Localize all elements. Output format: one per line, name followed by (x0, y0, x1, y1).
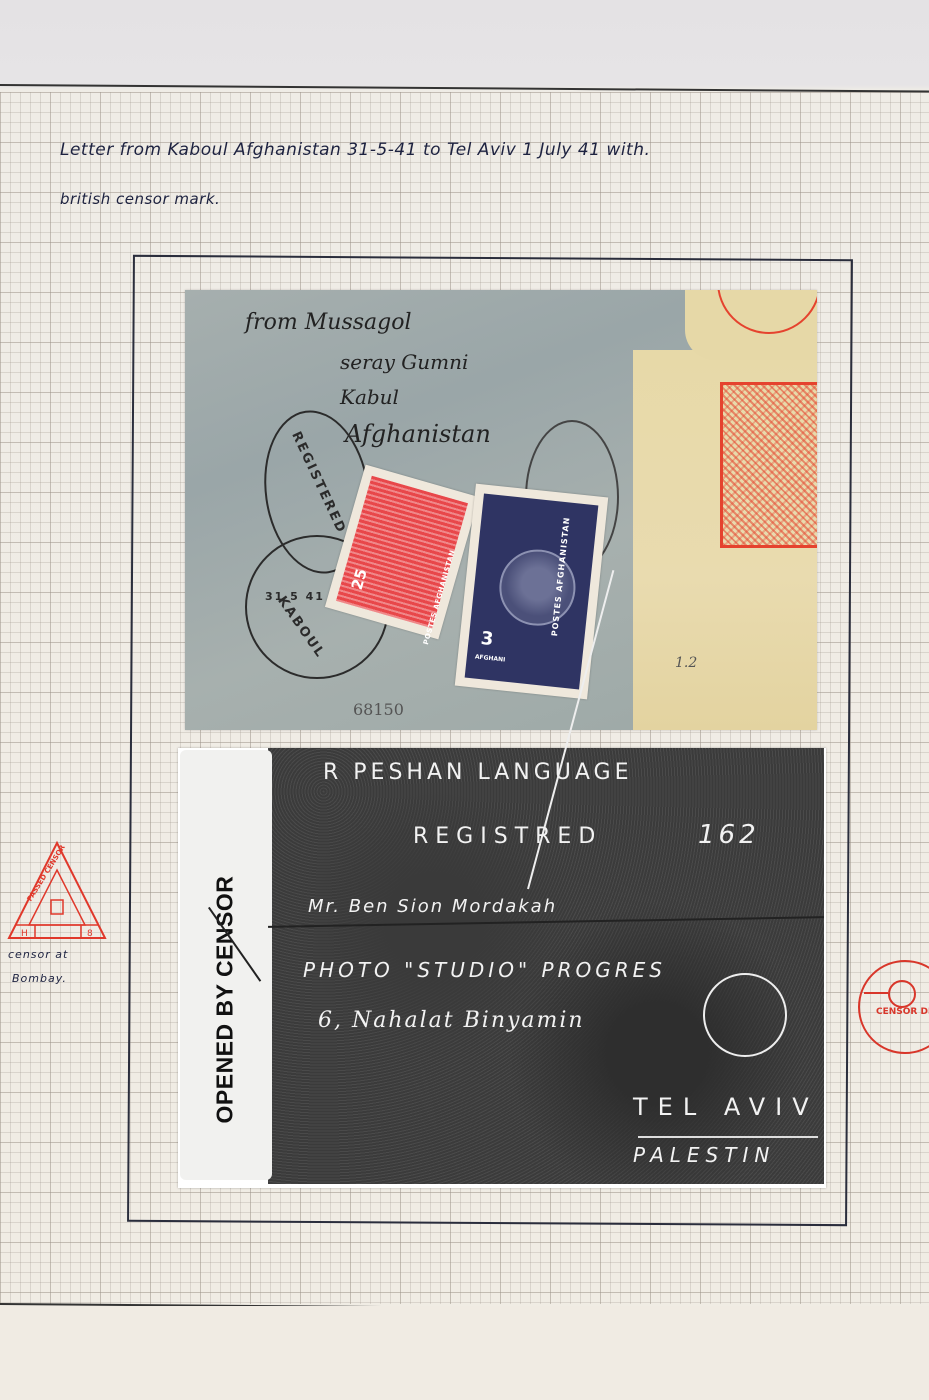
stamp-currency: AFGHANI (474, 653, 505, 663)
pencil-note: 1.2 (675, 655, 697, 671)
caption-line-2: british censor mark. (60, 190, 220, 208)
envelope-front-photocopy: OPENED BY CENSOR R PESHAN LANGUAGE REGIS… (178, 748, 826, 1188)
album-page: Letter from Kaboul Afghanistan 31-5-41 t… (0, 0, 929, 1400)
censor-dept-text: CENSOR DEPT (876, 1006, 929, 1018)
sender-line-4: Afghanistan (345, 420, 491, 448)
address-line-1: R PESHAN LANGUAGE (323, 760, 632, 785)
address-line-3: Mr. Ben Sion Mordakah (308, 896, 557, 917)
page-bottom-margin (0, 1306, 929, 1400)
sender-line-1: from Mussagol (245, 310, 412, 335)
address-line-4: PHOTO "STUDIO" PROGRES (303, 958, 666, 982)
address-line-6: TEL AVIV (633, 1093, 819, 1121)
postmark-date-text: 31 5 41 (265, 590, 325, 603)
stamp-value: 25 (348, 567, 371, 592)
sender-line-2: seray Gumni (340, 350, 468, 374)
censor-note-line-1: censor at (8, 948, 68, 961)
registration-number: 162 (698, 820, 760, 850)
address-line-2: REGISTRED (413, 824, 602, 849)
triangle-text: PASSED CENSOR (26, 843, 67, 903)
arrival-postmark-icon (703, 973, 787, 1057)
passed-censor-triangle-icon: H 8 PASSED CENSOR (5, 840, 110, 940)
postal-stationery-indicium-icon (720, 382, 817, 548)
pencil-catalog-number: 68150 (353, 700, 404, 719)
circle-bar-icon (864, 992, 888, 994)
sender-line-3: Kabul (340, 385, 399, 409)
underline-stroke (638, 1136, 818, 1138)
censor-note-line-2: Bombay. (12, 972, 67, 985)
address-line-7: PALESTIN (633, 1143, 775, 1167)
stamp-value: 3 (480, 628, 495, 650)
triangle-corner-left: H (21, 929, 28, 939)
triangle-corner-right: 8 (87, 929, 93, 939)
envelope-back: from Mussagol seray Gumni Kabul Afghanis… (185, 290, 817, 730)
caption-line-1: Letter from Kaboul Afghanistan 31-5-41 t… (60, 140, 650, 160)
stamp-inscription: POSTES AFGHANISTAN (422, 549, 457, 646)
address-line-5: 6, Nahalat Binyamin (318, 1008, 585, 1033)
circle-hub-icon (888, 980, 916, 1008)
censor-label-text: OPENED BY CENSOR (212, 784, 239, 1124)
